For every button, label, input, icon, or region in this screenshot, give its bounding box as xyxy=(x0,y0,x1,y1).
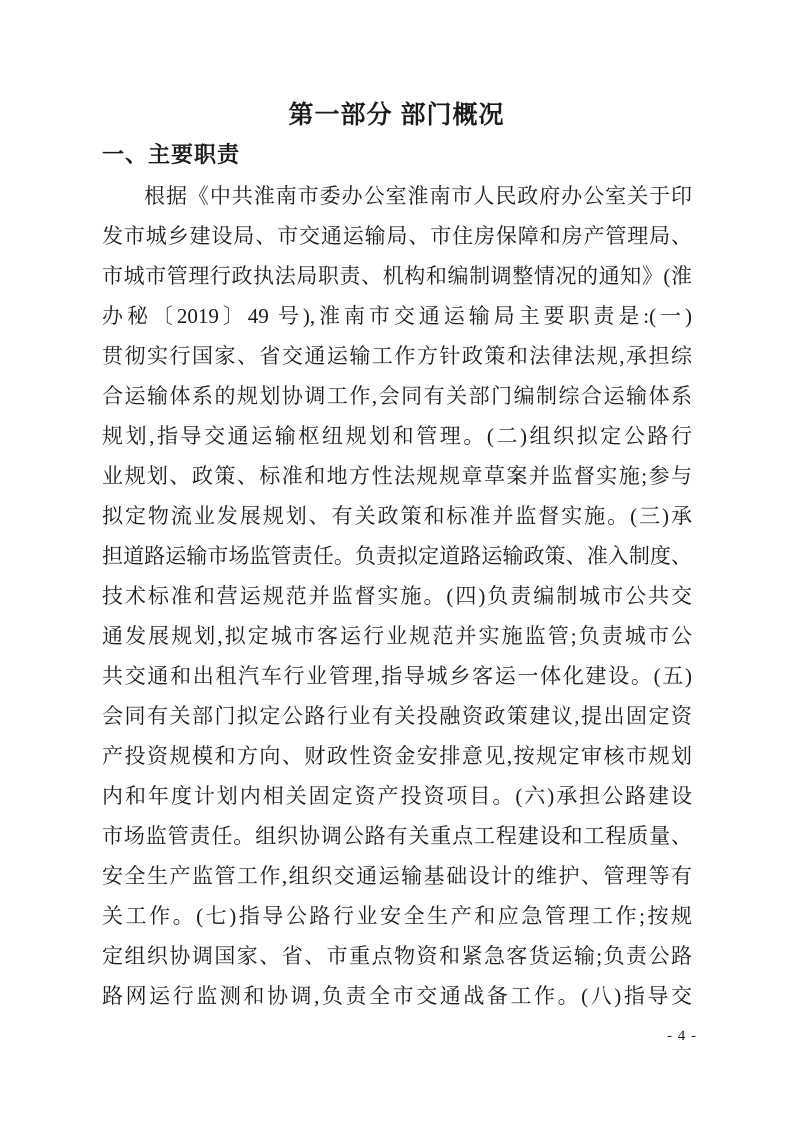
body-line: 担道路运输市场监管责任。负责拟定道路运输政策、准入制度、 xyxy=(102,536,692,576)
body-line: 规划,指导交通运输枢纽规划和管理。(二)组织拟定公路行 xyxy=(102,416,692,456)
document-page: 第一部分 部门概况 一、主要职责 根据《中共淮南市委办公室淮南市人民政府办公室关… xyxy=(0,0,793,1122)
body-line: 办秘〔2019〕49 号),淮南市交通运输局主要职责是:(一) xyxy=(102,296,692,336)
body-line: 关工作。(七)指导公路行业安全生产和应急管理工作;按规 xyxy=(102,896,692,936)
body-line: 共交通和出租汽车行业管理,指导城乡客运一体化建设。(五) xyxy=(102,656,692,696)
body-line: 内和年度计划内相关固定资产投资项目。(六)承担公路建设 xyxy=(102,776,692,816)
body-line: 技术标准和营运规范并监督实施。(四)负责编制城市公共交 xyxy=(102,576,692,616)
section-heading: 一、主要职责 xyxy=(102,140,240,170)
body-line: 市城市管理行政执法局职责、机构和编制调整情况的通知》(淮 xyxy=(102,256,692,296)
body-line: 贯彻实行国家、省交通运输工作方针政策和法律法规,承担综 xyxy=(102,336,692,376)
body-line: 合运输体系的规划协调工作,会同有关部门编制综合运输体系 xyxy=(102,376,692,416)
document-title: 第一部分 部门概况 xyxy=(0,99,793,131)
body-line: 安全生产监管工作,组织交通运输基础设计的维护、管理等有 xyxy=(102,856,692,896)
body-line: 业规划、政策、标准和地方性法规规章草案并监督实施;参与 xyxy=(102,456,692,496)
body-line: 拟定物流业发展规划、有关政策和标准并监督实施。(三)承 xyxy=(102,496,692,536)
page-number: - 4 - xyxy=(667,1026,697,1046)
body-line: 产投资规模和方向、财政性资金安排意见,按规定审核市规划 xyxy=(102,736,692,776)
body-line: 会同有关部门拟定公路行业有关投融资政策建议,提出固定资 xyxy=(102,696,692,736)
body-line: 路网运行监测和协调,负责全市交通战备工作。(八)指导交 xyxy=(102,976,692,1016)
body-line: 根据《中共淮南市委办公室淮南市人民政府办公室关于印 xyxy=(102,176,692,216)
body-line: 定组织协调国家、省、市重点物资和紧急客货运输;负责公路 xyxy=(102,936,692,976)
body-paragraph: 根据《中共淮南市委办公室淮南市人民政府办公室关于印发市城乡建设局、市交通运输局、… xyxy=(102,176,692,1016)
body-line: 市场监管责任。组织协调公路有关重点工程建设和工程质量、 xyxy=(102,816,692,856)
body-line: 发市城乡建设局、市交通运输局、市住房保障和房产管理局、 xyxy=(102,216,692,256)
body-line: 通发展规划,拟定城市客运行业规范并实施监管;负责城市公 xyxy=(102,616,692,656)
